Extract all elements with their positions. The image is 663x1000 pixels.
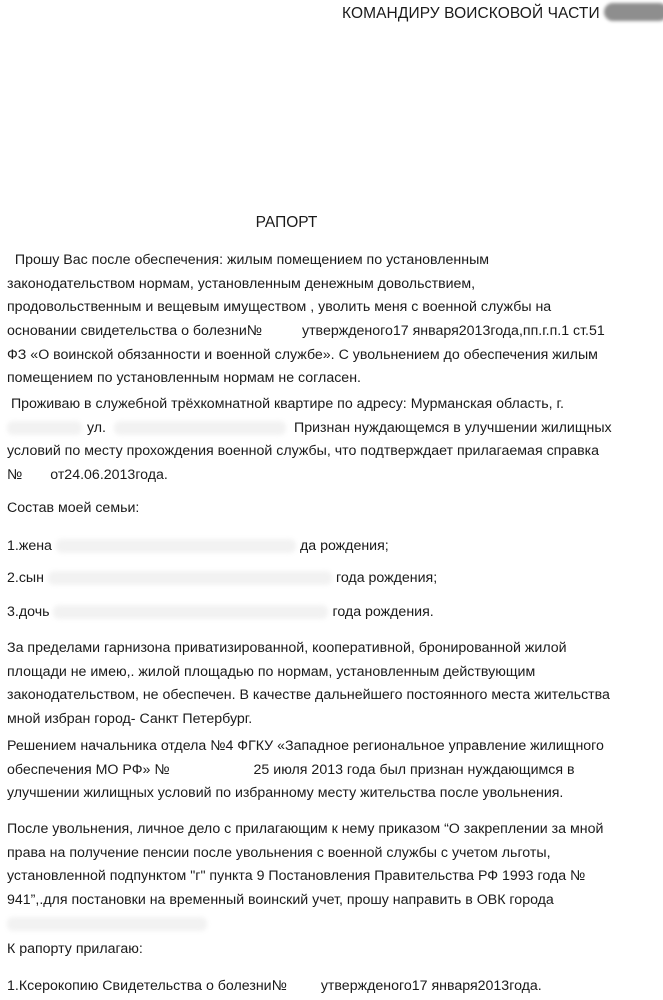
paragraph-personal-file: После увольнения, личное дело с прилагаю… (7, 818, 657, 936)
text-line: продовольственным и вещевым имуществом ,… (7, 296, 657, 320)
addressee-header: КОМАНДИРУ ВОИСКОВОЙ ЧАСТИ (342, 5, 663, 23)
text-line: К рапорту прилагаю: (7, 938, 657, 962)
redacted-field (7, 421, 82, 435)
text-line: площади не имею,. жилой площадью по норм… (7, 661, 657, 685)
text-line (7, 913, 657, 937)
redacted-field (7, 917, 207, 931)
redacted-field (53, 605, 328, 619)
text-line: улучшении жилищных условий по избранному… (7, 782, 657, 806)
text-segment: 2.сын (7, 570, 44, 586)
text-segment: основании свидетельства о болезни№ (7, 323, 262, 339)
document-page: КОМАНДИРУ ВОИСКОВОЙ ЧАСТИ РАПОРТ Прошу В… (0, 0, 663, 1000)
paragraph-decision: Решением начальника отдела №4 ФГКУ «Запа… (7, 735, 657, 806)
redacted-field (114, 421, 286, 435)
text-segment: № (7, 467, 22, 483)
family-member-daughter: 3.дочьгода рождения. (7, 601, 657, 625)
text-line: обеспечения МО РФ» №25 июля 2013 года бы… (7, 759, 657, 783)
text-line: права на получение пенсии после увольнен… (7, 842, 657, 866)
redacted-field (56, 539, 296, 553)
text-line: За пределами гарнизона приватизированной… (7, 637, 657, 661)
text-line: №от24.06.2013года. (7, 464, 657, 488)
text-segment: 1.жена (7, 538, 52, 554)
text-segment: года рождения. (332, 604, 433, 620)
text-line: Состав моей семьи: (7, 497, 657, 521)
text-segment: 3.дочь (7, 604, 49, 620)
paragraph-residence: Проживаю в служебной трёхкомнатной кварт… (7, 393, 657, 488)
text-line: 2.сынгода рождения; (7, 567, 657, 591)
document-title: РАПОРТ (0, 214, 663, 232)
text-segment: утвержденого17 января2013года,пп.г.п.1 с… (302, 323, 605, 339)
text-line: законодательством нормам, установленным … (7, 273, 657, 297)
text-segment: 25 июля 2013 года был признан нуждающимс… (254, 762, 575, 778)
text-line: ФЗ «О воинской обязанности и военной слу… (7, 344, 657, 368)
text-line: помещением по установленным нормам не со… (7, 367, 657, 391)
text-line: условий по месту прохождения военной слу… (7, 440, 657, 464)
text-line: Решением начальника отдела №4 ФГКУ «Запа… (7, 735, 657, 759)
text-segment: 1.Ксерокопию Свидетельства о болезни№ (7, 978, 287, 994)
text-line: Прошу Вас после обеспечения: жилым помещ… (7, 249, 657, 273)
redacted-unit-number (604, 3, 663, 21)
redacted-field (48, 571, 332, 585)
text-line: установленной подпунктом "г" пункта 9 По… (7, 865, 657, 889)
text-line: 1.Ксерокопию Свидетельства о болезни№утв… (7, 975, 657, 999)
text-segment: да рождения; (300, 538, 389, 554)
text-segment: обеспечения МО РФ» № (7, 762, 170, 778)
family-member-son: 2.сынгода рождения; (7, 567, 657, 591)
family-member-wife: 1.женада рождения; (7, 535, 657, 559)
text-line: основании свидетельства о болезни№утверж… (7, 320, 657, 344)
paragraph-housing: За пределами гарнизона приватизированной… (7, 637, 657, 732)
text-line: мной избран город- Санкт Петербург. (7, 708, 657, 732)
text-segment: от24.06.2013года. (50, 467, 168, 483)
text-segment: утвержденого17 января2013года. (321, 978, 542, 994)
family-heading: Состав моей семьи: (7, 497, 657, 521)
text-line: 3.дочьгода рождения. (7, 601, 657, 625)
document-title-text: РАПОРТ (256, 214, 318, 231)
text-segment: ул. (87, 420, 106, 436)
text-line: Проживаю в служебной трёхкомнатной кварт… (7, 393, 657, 417)
text-segment: Признан нуждающемся в улучшении жилищных (294, 420, 612, 436)
paragraph-request: Прошу Вас после обеспечения: жилым помещ… (7, 249, 657, 391)
addressee-text: КОМАНДИРУ ВОИСКОВОЙ ЧАСТИ (342, 5, 600, 22)
attachment-item: 1.Ксерокопию Свидетельства о болезни№утв… (7, 975, 657, 999)
text-line: 941”,.для постановки на временный воинск… (7, 889, 657, 913)
text-line: ул.Признан нуждающемся в улучшении жилищ… (7, 417, 657, 441)
text-segment: года рождения; (336, 570, 437, 586)
text-line: законодательством, не обеспечен. В качес… (7, 684, 657, 708)
text-line: 1.женада рождения; (7, 535, 657, 559)
attachments-heading: К рапорту прилагаю: (7, 938, 657, 962)
text-line: После увольнения, личное дело с прилагаю… (7, 818, 657, 842)
